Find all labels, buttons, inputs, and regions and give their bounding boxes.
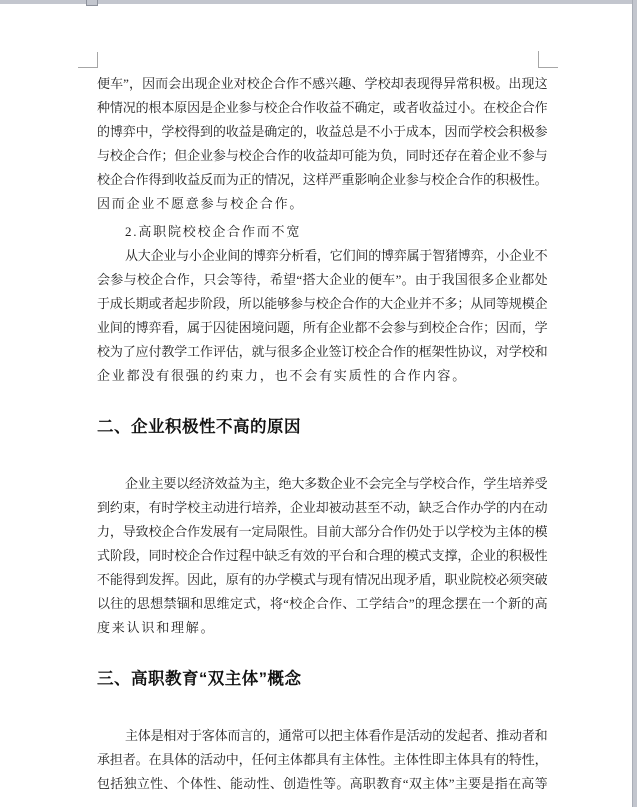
numbered-subheading: 2.高职院校校企合作而不宽 xyxy=(97,220,547,244)
body-line: 与校企合作；但企业参与校企合作的收益却可能为负，同时还存在着企业不参与 xyxy=(97,144,547,168)
body-line: 企业都没有很强的约束力，也不会有实质性的合作内容。 xyxy=(97,364,547,388)
paragraph-4: 主体是相对于客体而言的，通常可以把主体看作是活动的发起者、推动者和 承担者。在具… xyxy=(97,724,547,796)
page-top-notch xyxy=(86,0,98,6)
window-chrome-right xyxy=(632,0,637,807)
subheading-line: 2.高职院校校企合作而不宽 xyxy=(97,220,547,244)
body-line: 会参与校企合作，只会等待，希望“搭大企业的便车”。由于我国很多企业都处 xyxy=(97,268,547,292)
margin-crop-mark-top-left-vertical xyxy=(97,52,98,68)
section-heading-3: 三、高职教育“双主体”概念 xyxy=(97,666,302,692)
body-line: 以往的思想禁锢和思维定式，将“校企合作、工学结合”的理念摆在一个新的高 xyxy=(97,592,547,616)
body-line: 主体是相对于客体而言的，通常可以把主体看作是活动的发起者、推动者和 xyxy=(97,724,547,748)
paragraph-1: 便车”，因而会出现企业对校企合作不感兴趣、学校却表现得异常积极。出现这 种情况的… xyxy=(97,72,547,216)
body-line: 便车”，因而会出现企业对校企合作不感兴趣、学校却表现得异常积极。出现这 xyxy=(97,72,547,96)
margin-crop-mark-top-right-horizontal xyxy=(538,67,558,68)
body-line: 的博弈中，学校得到的收益是确定的，收益总是不小于成本，因而学校会积极参 xyxy=(97,120,547,144)
body-line: 不能得到发挥。因此，原有的办学模式与现有情况出现矛盾，职业院校必须突破 xyxy=(97,568,547,592)
body-line: 因而企业不愿意参与校企合作。 xyxy=(97,192,547,216)
body-line: 企业主要以经济效益为主，绝大多数企业不会完全与学校合作，学生培养受 xyxy=(97,472,547,496)
body-line: 式阶段，同时校企合作过程中缺乏有效的平台和合理的模式支撑，企业的积极性 xyxy=(97,544,547,568)
paragraph-3: 企业主要以经济效益为主，绝大多数企业不会完全与学校合作，学生培养受 到约束，有时… xyxy=(97,472,547,640)
body-line: 承担者。在具体的活动中，任何主体都具有主体性。主体性即主体具有的特性， xyxy=(97,748,547,772)
section-heading-2: 二、企业积极性不高的原因 xyxy=(97,414,301,440)
paragraph-2: 从大企业与小企业间的博弈分析看，它们间的博弈属于智猪博弈，小企业不 会参与校企合… xyxy=(97,244,547,388)
body-line: 校企合作得到收益反而为正的情况，这样严重影响企业参与校企合作的积极性。 xyxy=(97,168,547,192)
body-line: 包括独立性、个体性、能动性、创造性等。高职教育“双主体”主要是指在高等 xyxy=(97,772,547,796)
body-line: 业间的博弈看，属于囚徒困境问题，所有企业都不会参与到校企合作；因而，学 xyxy=(97,316,547,340)
body-line: 种情况的根本原因是企业参与校企合作收益不确定，或者收益过小。在校企合作 xyxy=(97,96,547,120)
body-line: 力，导致校企合作发展有一定局限性。目前大部分合作仍处于以学校为主体的模 xyxy=(97,520,547,544)
body-line: 到约束，有时学校主动进行培养，企业却被动甚至不动，缺乏合作办学的内在动 xyxy=(97,496,547,520)
body-line: 于成长期或者起步阶段，所以能够参与校企合作的大企业并不多；从同等规模企 xyxy=(97,292,547,316)
margin-crop-mark-top-left-horizontal xyxy=(78,67,98,68)
body-line: 从大企业与小企业间的博弈分析看，它们间的博弈属于智猪博弈，小企业不 xyxy=(97,244,547,268)
body-line: 校为了应付教学工作评估，就与很多企业签订校企合作的框架性协议，对学校和 xyxy=(97,340,547,364)
margin-crop-mark-top-right-vertical xyxy=(538,51,539,68)
body-line: 度来认识和理解。 xyxy=(97,616,547,640)
